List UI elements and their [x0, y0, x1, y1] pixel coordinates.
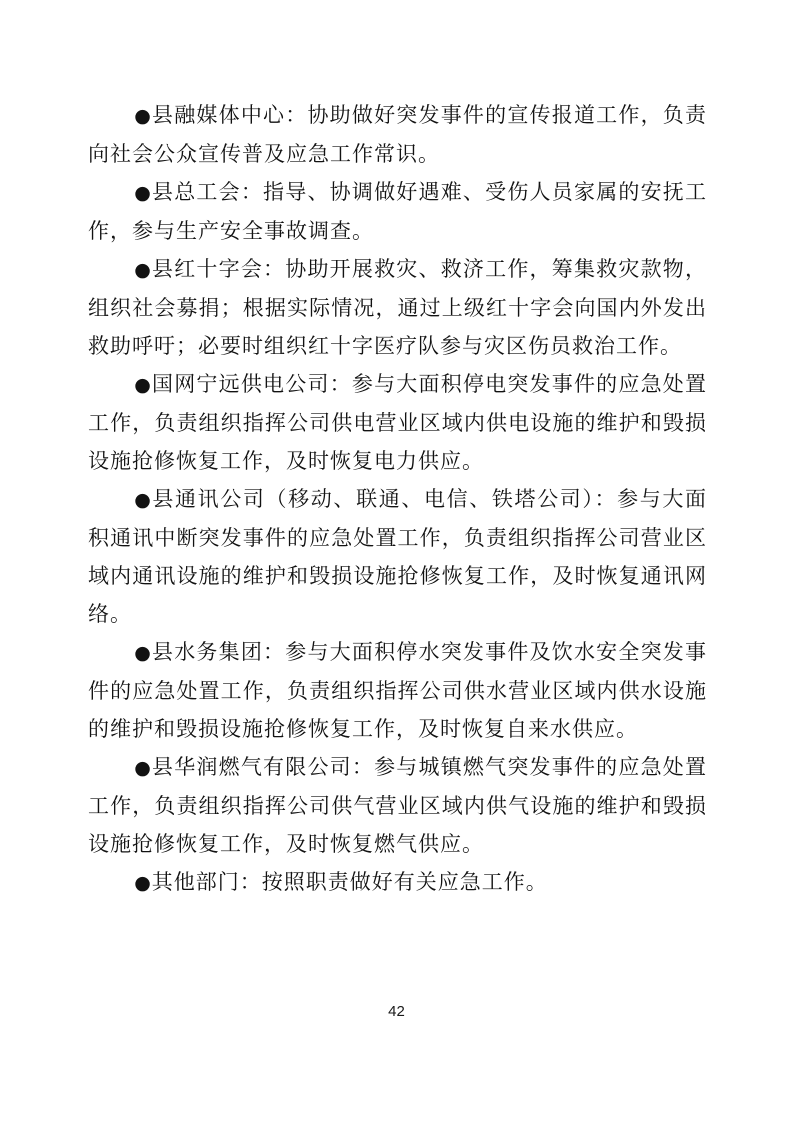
- paragraph-text: 县华润燃气有限公司：参与城镇燃气突发事件的应急处置工作，负责组织指挥公司供气营业…: [88, 755, 707, 856]
- paragraph-text: 县红十字会：协助开展救灾、救济工作，筹集救灾款物，组织社会募捐；根据实际情况，通…: [88, 257, 707, 358]
- paragraph-text: 其他部门：按照职责做好有关应急工作。: [152, 870, 548, 894]
- paragraph-text: 县融媒体中心：协助做好突发事件的宣传报道工作，负责向社会公众宣传普及应急工作常识…: [88, 103, 707, 166]
- bullet-icon: ●: [134, 872, 152, 894]
- paragraph: ●县融媒体中心：协助做好突发事件的宣传报道工作，负责向社会公众宣传普及应急工作常…: [88, 96, 707, 173]
- paragraph-text: 县水务集团：参与大面积停水突发事件及饮水安全突发事件的应急处置工作，负责组织指挥…: [88, 640, 707, 741]
- paragraph: ●县水务集团：参与大面积停水突发事件及饮水安全突发事件的应急处置工作，负责组织指…: [88, 633, 707, 748]
- paragraph: ●县总工会：指导、协调做好遇难、受伤人员家属的安抚工作，参与生产安全事故调查。: [88, 173, 707, 250]
- paragraph: ●国网宁远供电公司：参与大面积停电突发事件的应急处置工作，负责组织指挥公司供电营…: [88, 365, 707, 480]
- paragraph-text: 县通讯公司（移动、联通、电信、铁塔公司）：参与大面积通讯中断突发事件的应急处置工…: [88, 487, 707, 626]
- bullet-icon: ●: [134, 105, 152, 127]
- page-number: 42: [0, 1003, 793, 1020]
- bullet-icon: ●: [134, 374, 152, 396]
- bullet-icon: ●: [134, 642, 152, 664]
- paragraph-text: 县总工会：指导、协调做好遇难、受伤人员家属的安抚工作，参与生产安全事故调查。: [88, 180, 707, 243]
- bullet-icon: ●: [134, 489, 152, 511]
- document-page: ●县融媒体中心：协助做好突发事件的宣传报道工作，负责向社会公众宣传普及应急工作常…: [0, 0, 793, 1122]
- paragraph: ●县华润燃气有限公司：参与城镇燃气突发事件的应急处置工作，负责组织指挥公司供气营…: [88, 748, 707, 863]
- paragraph-list: ●县融媒体中心：协助做好突发事件的宣传报道工作，负责向社会公众宣传普及应急工作常…: [88, 96, 707, 902]
- paragraph: ●县通讯公司（移动、联通、电信、铁塔公司）：参与大面积通讯中断突发事件的应急处置…: [88, 480, 707, 633]
- paragraph-text: 国网宁远供电公司：参与大面积停电突发事件的应急处置工作，负责组织指挥公司供电营业…: [88, 372, 707, 473]
- paragraph: ●县红十字会：协助开展救灾、救济工作，筹集救灾款物，组织社会募捐；根据实际情况，…: [88, 250, 707, 365]
- bullet-icon: ●: [134, 182, 152, 204]
- bullet-icon: ●: [134, 757, 152, 779]
- bullet-icon: ●: [134, 259, 152, 281]
- paragraph: ●其他部门：按照职责做好有关应急工作。: [88, 863, 707, 902]
